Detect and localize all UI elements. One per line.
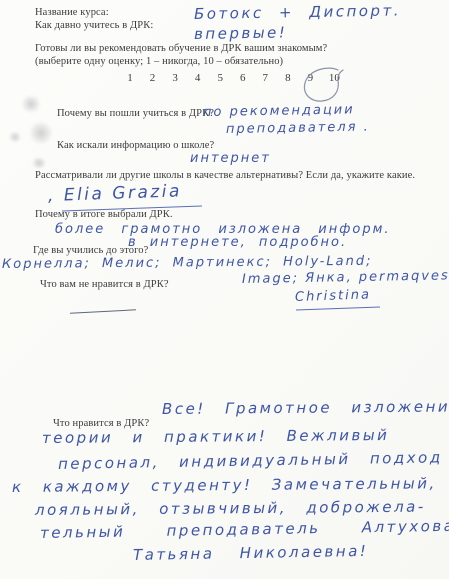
answer-like-line6: тельный преподаватель Алтухова — [40, 517, 449, 542]
scanned-questionnaire-page: Название курса: Как давно учитесь в ДРК:… — [0, 0, 449, 579]
answer-alternatives: , Elia Grazia — [48, 181, 183, 206]
answer-like-line2: теории и практики! Вежливый — [42, 426, 390, 447]
how-long-label: Как давно учитесь в ДРК: — [35, 20, 153, 32]
answer-like-line5: лояльный, отзывчивый, доброжела- — [35, 498, 426, 519]
rating-option-7[interactable]: 7 — [261, 72, 269, 84]
answer-where-before-line2: Image; Янка, permaqvest — [242, 268, 449, 287]
why-chose-question: Почему в итоге выбрали ДРК. — [35, 209, 173, 221]
answer-like-line1: Все! Грамотное изложение — [162, 397, 449, 418]
answer-course-name: Ботокс + Диспорт. — [194, 1, 401, 23]
course-name-label: Название курса: — [35, 7, 109, 19]
scan-smudge — [8, 132, 22, 142]
answer-like-line7: Татьяна Николаевна! — [133, 542, 369, 564]
answer-where-before-line3: Christina — [295, 287, 371, 305]
rating-option-6[interactable]: 6 — [239, 72, 247, 84]
answer-why-study-line1: по рекомендации — [203, 102, 355, 120]
answer-like-line4: к каждому студенту! Замечательный, — [12, 474, 437, 496]
alternatives-question: Рассматривали ли другие школы в качестве… — [35, 170, 415, 182]
answer-how-long: впервые! — [194, 23, 288, 43]
handwriting-underline — [296, 307, 380, 311]
recommend-question: Готовы ли вы рекомендовать обучение в ДР… — [35, 43, 327, 55]
answer-like-line3: персонал, индивидуальный подход — [58, 448, 443, 473]
dislike-question: Что вам не нравится в ДРК? — [40, 279, 169, 291]
answer-why-chose-line2: в интернете, подробно. — [128, 235, 347, 250]
rating-option-2[interactable]: 2 — [149, 72, 157, 84]
answer-where-before-line1: Корнелла; Мелис; Мартинекс; Holy-Land; — [2, 254, 373, 272]
scan-smudge — [30, 158, 48, 168]
rating-option-4[interactable]: 4 — [194, 72, 202, 84]
scan-smudge — [28, 122, 54, 144]
answer-dislike-dash-mark — [70, 309, 136, 313]
rating-option-3[interactable]: 3 — [171, 72, 179, 84]
why-study-question: Почему вы пошли учиться в ДРК? — [57, 108, 214, 120]
answer-why-study-line2: преподавателя . — [226, 119, 370, 137]
recommend-hint: (выберите одну оценку; 1 – никогда, 10 –… — [35, 56, 283, 68]
scan-smudge — [20, 96, 42, 112]
rating-option-5[interactable]: 5 — [216, 72, 224, 84]
rating-option-1[interactable]: 1 — [126, 72, 134, 84]
rating-option-8[interactable]: 8 — [284, 72, 292, 84]
answer-how-found-info: интернет — [190, 151, 271, 166]
